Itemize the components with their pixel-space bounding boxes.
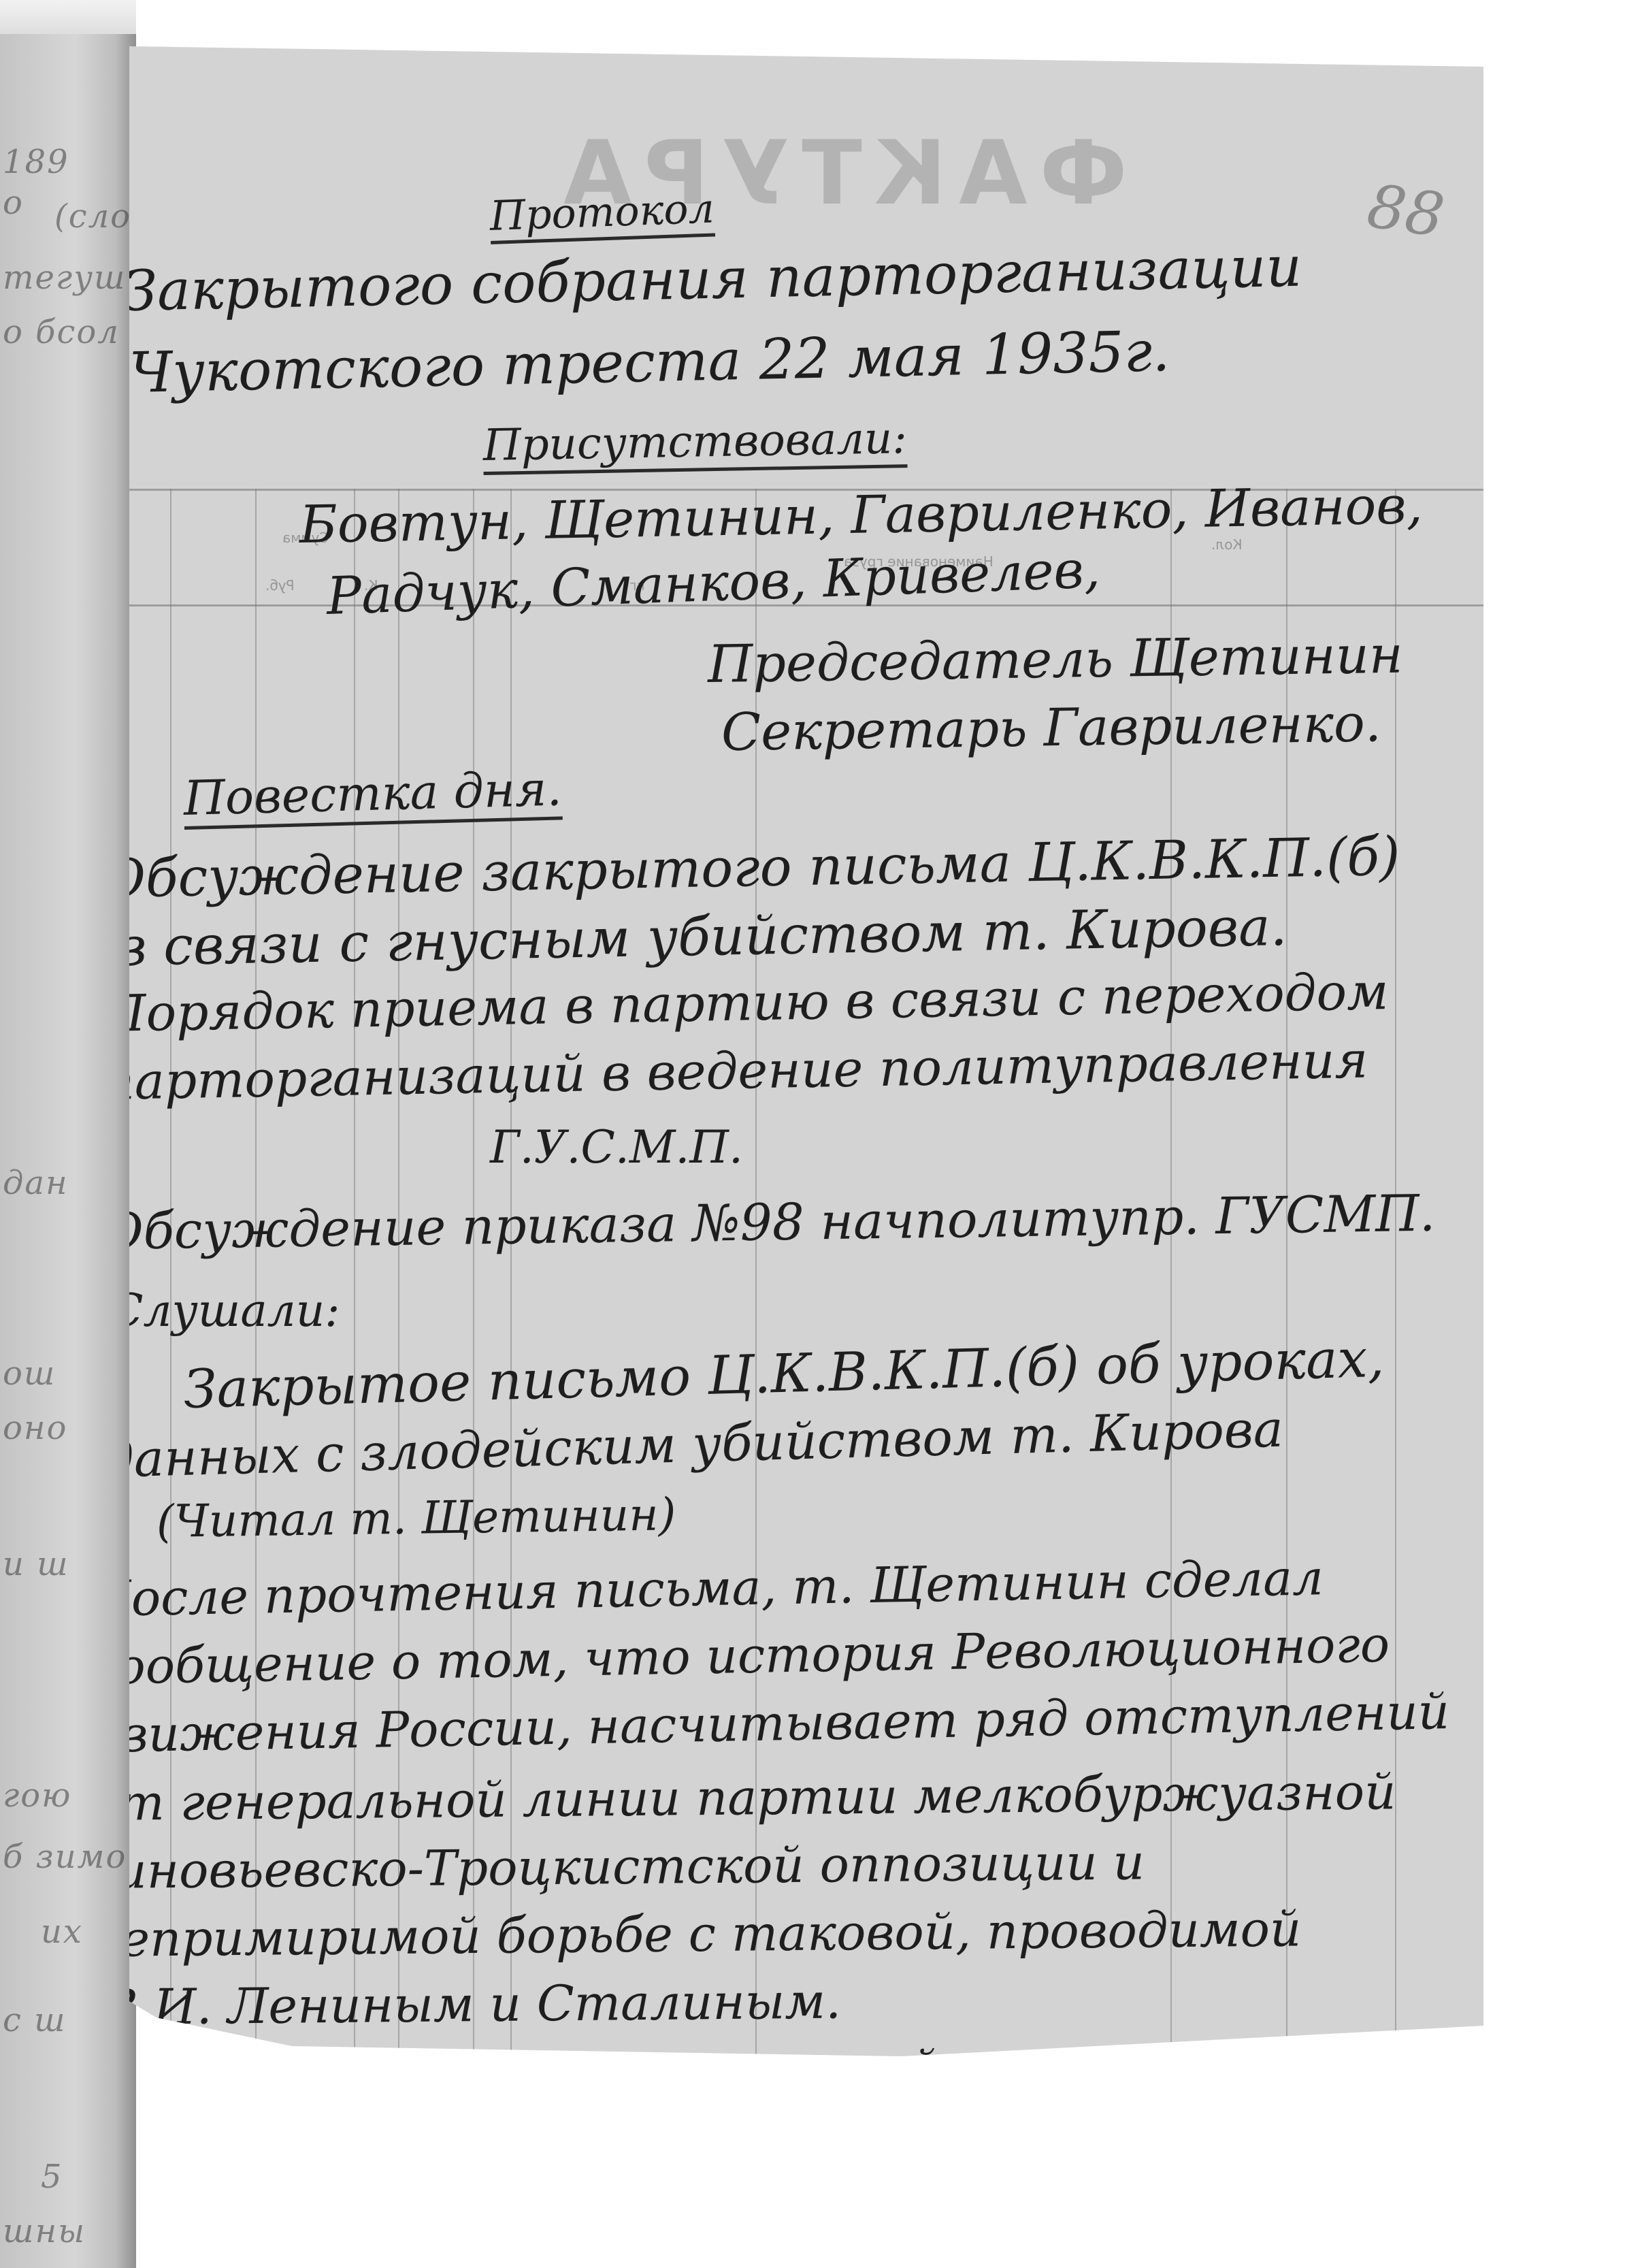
- agenda-line: в связи с гнусным убийством т. Кирова.: [129, 901, 1287, 974]
- chairman-line: Председатель Щетинин: [707, 629, 1403, 690]
- left-page-fragment: шны: [3, 2212, 86, 2250]
- heard-line: зиновьевско-Троцкистской оппозиции и: [129, 1837, 1145, 1896]
- left-page-fragment: б зимо: [3, 1838, 127, 1876]
- heard-line: После прочтения письма, т. Щетинин сдела…: [129, 1553, 1324, 1623]
- archive-folio-number: 88: [1363, 171, 1448, 251]
- form-column-label: Руб.: [265, 577, 295, 594]
- previous-page-edge: 189 о (слои тегуш о бсол дан ош оно и ш …: [0, 34, 136, 2268]
- heard-line: сообщение о том, что история Революционн…: [129, 1620, 1390, 1691]
- left-page-fragment: и ш: [3, 1545, 69, 1583]
- left-page-fragment: о: [3, 184, 24, 222]
- heard-line: Борьба, проводимая оппозицией, руководим…: [129, 2040, 1312, 2087]
- agenda-line: Порядок приема в партию в связи с перехо…: [129, 967, 1389, 1039]
- agenda-line: Обсуждение закрытого письма Ц.К.В.К.П.(б…: [129, 830, 1400, 906]
- attendance-heading: Присутствовали:: [482, 417, 907, 475]
- left-page-fragment: с ш: [3, 2001, 67, 2039]
- heard-line: от генеральной линии партии мелкобуржуаз…: [129, 1767, 1396, 1828]
- agenda-heading: Повестка дня.: [183, 764, 563, 830]
- scan-background: [0, 0, 136, 37]
- left-page-fragment: о бсол: [3, 313, 120, 351]
- heard-heading: Слушали:: [129, 1289, 340, 1333]
- left-page-fragment: гою: [3, 1777, 71, 1815]
- left-page-fragment: дан: [3, 1164, 69, 1202]
- protocol-title: Протокол: [489, 189, 715, 244]
- left-page-fragment: 189: [3, 143, 69, 181]
- left-page-fragment: ош: [3, 1355, 56, 1393]
- agenda-line: парторганизаций в ведение политуправлени…: [129, 1035, 1368, 1107]
- left-page-fragment: тегуш: [3, 259, 127, 297]
- subtitle-line: Чукотского треста 22 мая 1935г.: [129, 324, 1170, 402]
- heard-line: В.И. Лениным и Сталиным.: [129, 1977, 841, 2032]
- left-page-fragment: оно: [3, 1409, 67, 1447]
- heard-line: непримиримой борьбе с таковой, проводимо…: [129, 1904, 1302, 1964]
- heard-line: (Читал т. Щетинин): [157, 1492, 676, 1544]
- subtitle-line: Закрытого собрания парторганизации: [129, 240, 1302, 320]
- form-column-label: Кол.: [1211, 536, 1243, 553]
- heard-line: движения России, насчитывает ряд отступл…: [129, 1687, 1450, 1760]
- agenda-line: Обсуждение приказа №98 начполитупр. ГУСМ…: [129, 1188, 1436, 1257]
- attendance-line: Радчук, Сманков, Кривелев,: [326, 543, 1101, 622]
- agenda-line: Г.У.С.М.П.: [490, 1125, 743, 1170]
- left-page-fragment: 5: [41, 2158, 63, 2196]
- left-page-fragment: их: [41, 1913, 83, 1951]
- secretary-line: Секретарь Гавриленко.: [721, 697, 1381, 758]
- document-sheet: ФАКТУРА Наименование груза Сумма Руб. К.…: [129, 46, 1483, 2087]
